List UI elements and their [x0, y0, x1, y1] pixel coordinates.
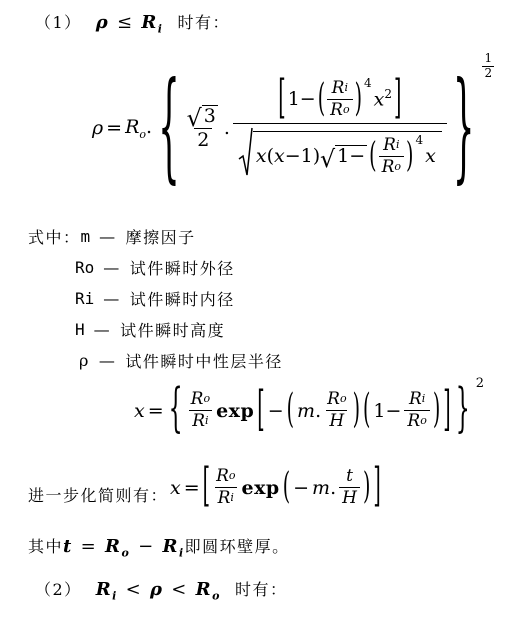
- var-m: m: [81, 227, 91, 246]
- right-brace: }: [453, 69, 475, 188]
- right-brace: }: [456, 384, 470, 437]
- desc-h: 试件瞬时高度: [120, 318, 225, 341]
- desc-rho: 试件瞬时中性层半径: [125, 349, 283, 372]
- fraction-sqrt3-over-2: √3 2: [186, 104, 221, 153]
- symbol-definitions: 式中： m — 摩擦因子 Ro — 试件瞬时外径 Ri — 试件瞬时内径 H —…: [28, 221, 283, 376]
- var-ro: Ro: [75, 258, 94, 277]
- desc-ri: 试件瞬时内径: [130, 287, 235, 310]
- radical-3: √3: [202, 105, 218, 127]
- formula-x-definition: x = { Ro Ri exp [ − ( m. Ro H ) ( 1− Ri …: [134, 389, 484, 432]
- var-rho: ρ: [79, 351, 90, 370]
- document-page: （1）ρ ≤ Ri时有： ρ = Ro. { √3 2 . [ 1− ( Ri …: [0, 0, 517, 618]
- exponent-one-half: 12: [482, 52, 494, 79]
- definition-row: Ro — 试件瞬时外径: [28, 252, 283, 283]
- main-fraction: [ 1− ( Ri Ro ) 4 x2 ] x(x: [233, 76, 447, 180]
- exp-function: exp: [242, 477, 280, 499]
- desc-m: 摩擦因子: [126, 225, 196, 248]
- right-bracket: ]: [373, 465, 380, 511]
- simplify-label: 进一步化简则有：: [28, 483, 168, 506]
- left-bracket: [: [203, 465, 210, 511]
- definition-row: H — 试件瞬时高度: [28, 314, 283, 345]
- case2-condition: Ri < ρ < Ro: [96, 579, 221, 600]
- exp-function: exp: [216, 400, 254, 422]
- case1-condition: ρ ≤ Ri: [96, 12, 164, 33]
- case1-number: （1）: [35, 13, 82, 32]
- radical-one-minus: √1−: [335, 145, 367, 167]
- case2-number: （2）: [35, 580, 82, 599]
- definition-row: Ri — 试件瞬时内径: [28, 283, 283, 314]
- exponent-2: 2: [476, 376, 484, 391]
- radical-denominator: x(x−1) √1− ( Ri Ro ) 4 x: [238, 126, 442, 178]
- fraction-ro-ri: Ro Ri: [213, 466, 238, 509]
- left-brace: {: [169, 384, 183, 437]
- fraction-ro-ri: Ro Ri: [188, 389, 213, 432]
- where-label: 式中：: [28, 225, 81, 248]
- left-bracket: [: [257, 387, 264, 435]
- var-h: H: [75, 320, 85, 339]
- fraction-ri-ro: Ri Ro: [379, 135, 404, 178]
- r-outer: Ro.: [125, 116, 152, 141]
- heading-case1: （1）ρ ≤ Ri时有：: [35, 10, 230, 36]
- right-bracket: ]: [394, 77, 401, 123]
- left-brace: {: [158, 69, 180, 188]
- main-numerator: [ 1− ( Ri Ro ) 4 x2 ]: [273, 76, 406, 123]
- case1-tail: 时有：: [177, 13, 230, 32]
- definition-row: ρ — 试件瞬时中性层半径: [28, 345, 283, 376]
- fraction-ro-h: Ro H: [324, 389, 349, 432]
- fraction-ri-ro: Ri Ro: [327, 78, 352, 121]
- desc-ro: 试件瞬时外径: [130, 256, 235, 279]
- t-equation: t = Ro − Ri: [63, 536, 185, 557]
- fraction-t-h: t H: [339, 466, 360, 509]
- left-bracket: [: [278, 77, 285, 123]
- right-bracket: ]: [443, 387, 450, 435]
- radical-sign: [238, 126, 253, 178]
- formula-x-simplified: x = [ Ro Ri exp ( − m. t H ) ]: [170, 466, 381, 509]
- main-denominator: x(x−1) √1− ( Ri Ro ) 4 x: [233, 123, 447, 180]
- case2-tail: 时有：: [235, 580, 288, 599]
- var-ri: Ri: [75, 289, 94, 308]
- rho-symbol: ρ: [92, 117, 103, 139]
- thickness-note: 其中t = Ro − Ri即圆环壁厚。: [28, 534, 290, 560]
- heading-case2: （2）Ri < ρ < Ro时有：: [35, 577, 287, 603]
- formula-neutral-layer-radius: ρ = Ro. { √3 2 . [ 1− ( Ri Ro ) 4: [92, 76, 494, 180]
- fraction-ri-ro: Ri Ro: [404, 389, 429, 432]
- exponent-4: 4: [415, 134, 423, 147]
- exponent-4: 4: [364, 77, 372, 90]
- definition-row: 式中： m — 摩擦因子: [28, 221, 283, 252]
